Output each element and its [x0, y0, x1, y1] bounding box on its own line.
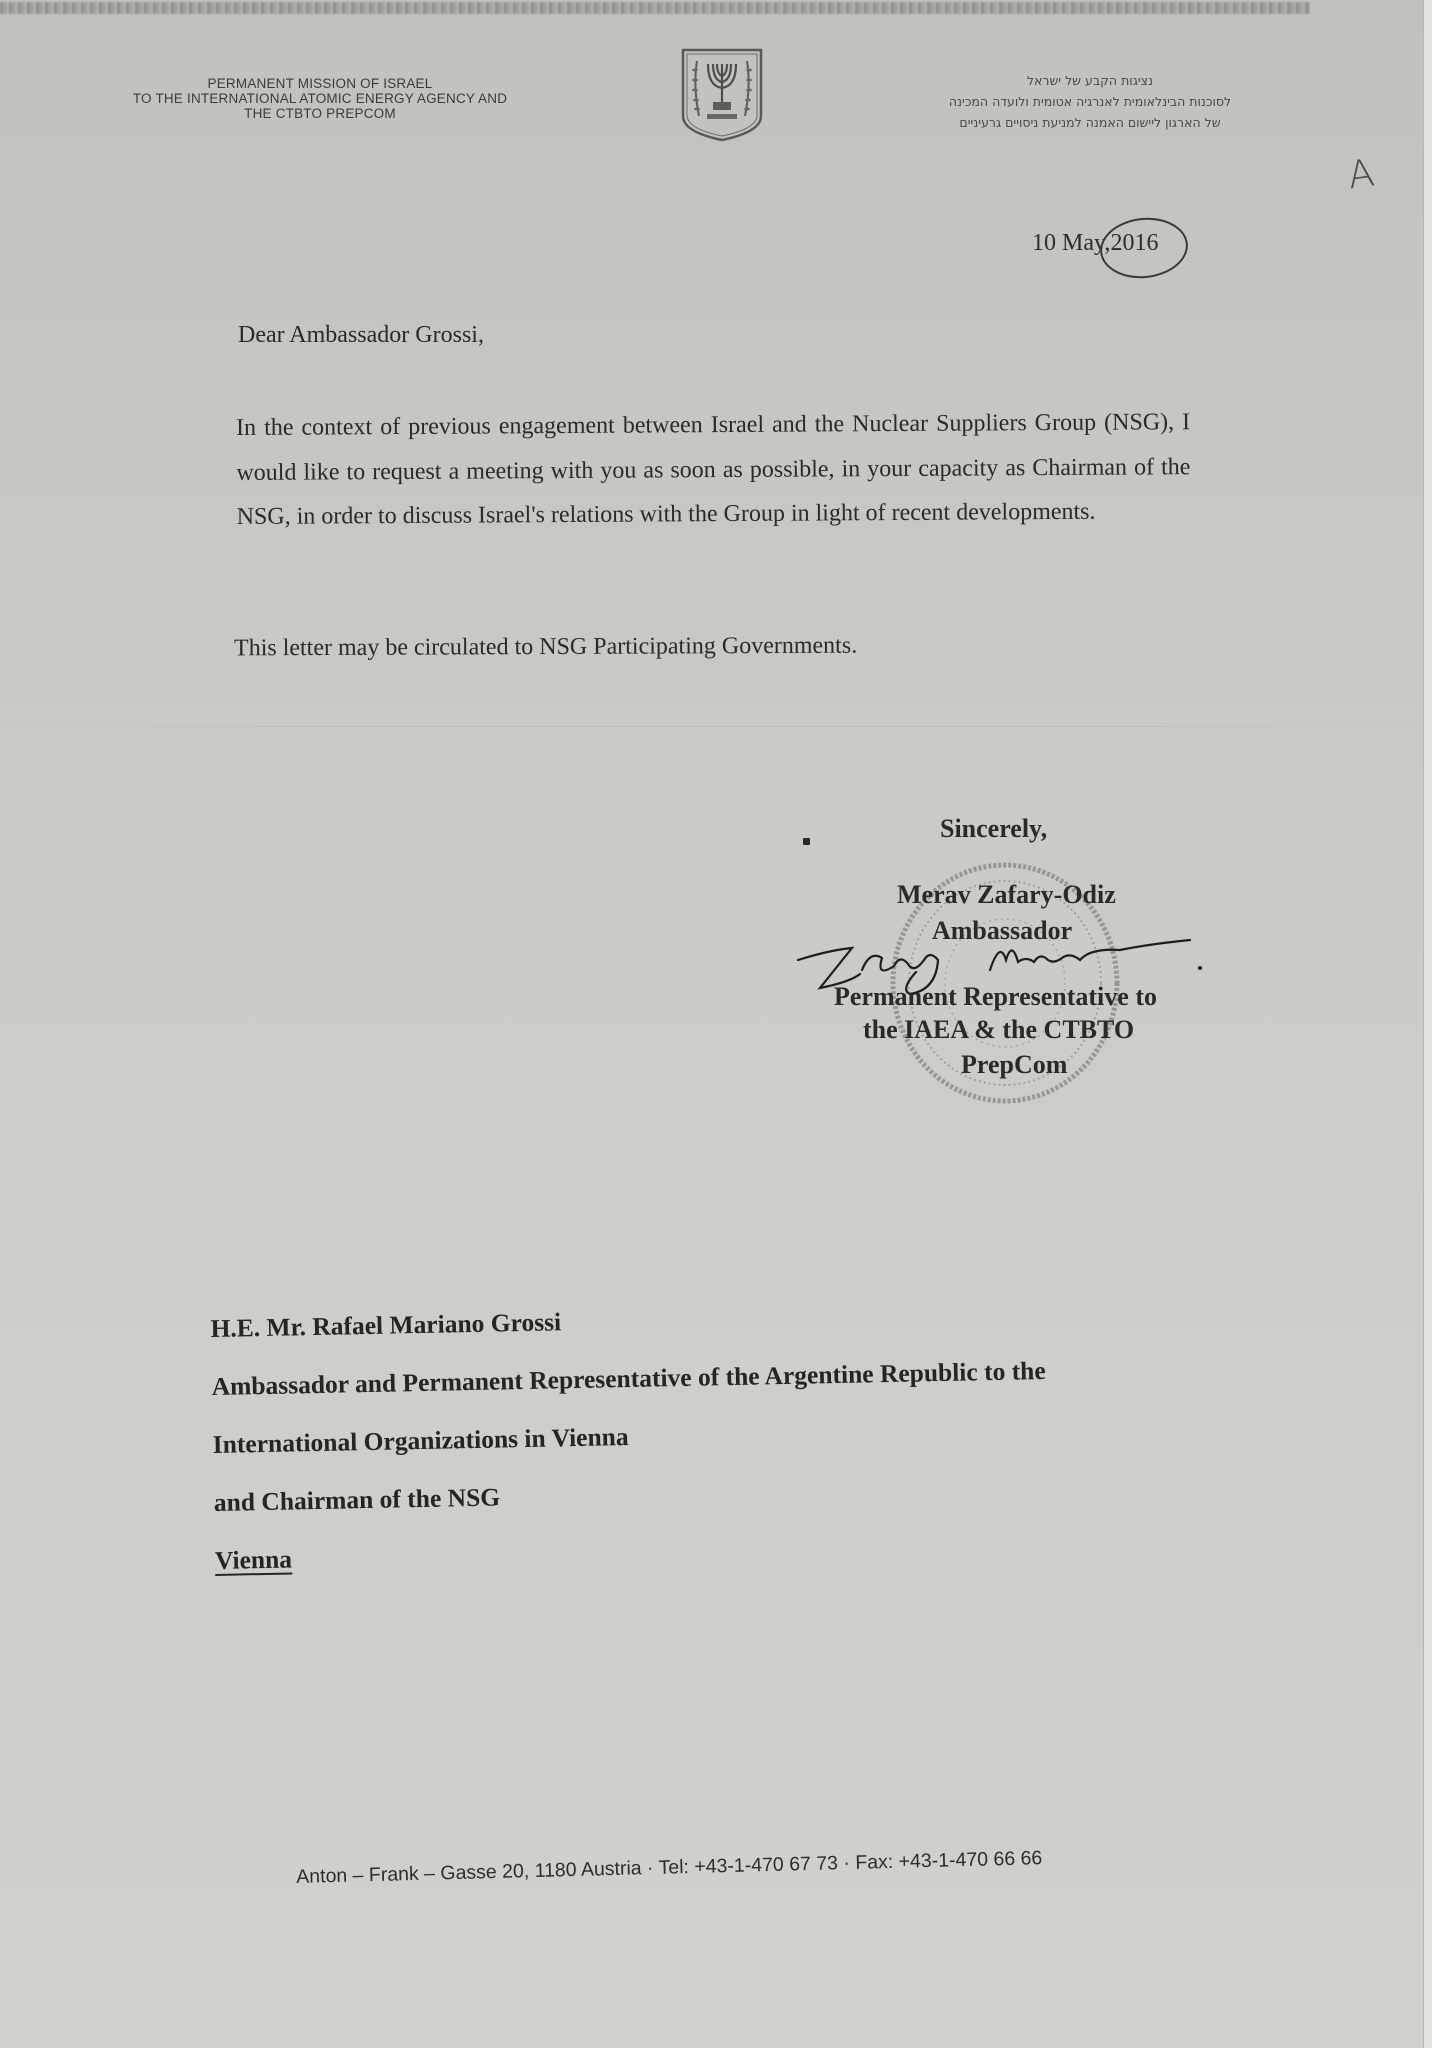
letterhead-hebrew-line-2: לסוכנות הבינלאומית לאנרגיה אטומית ולועדה… [885, 91, 1295, 112]
signatory-role-line-2: the IAEA & the CTBTO [863, 1015, 1134, 1045]
letterhead-english-line-3: THE CTBTO PREPCOM [90, 106, 550, 121]
addressee-city: Vienna [215, 1544, 293, 1574]
salutation: Dear Ambassador Grossi, [238, 322, 484, 349]
letterhead-hebrew-line-3: של הארגון ליישום האמנה למניעת ניסויים גר… [885, 112, 1295, 133]
letterhead-hebrew: נציגות הקבע של ישראל לסוכנות הבינלאומית … [885, 70, 1295, 133]
letterhead-english-line-2: TO THE INTERNATIONAL ATOMIC ENERGY AGENC… [90, 91, 550, 106]
paper-edge [1423, 0, 1432, 2048]
signature-closing: Sincerely, [940, 814, 1047, 844]
letterhead-english-line-1: PERMANENT MISSION OF ISRAEL [90, 76, 550, 91]
signatory-role-line-1: Permanent Representative to [834, 982, 1157, 1012]
footer-separator-1: · [641, 1857, 659, 1879]
handwritten-margin-mark: A [1345, 150, 1377, 197]
footer-separator-2: · [838, 1852, 856, 1874]
ink-dot [803, 838, 810, 845]
footer-address: Anton – Frank – Gasse 20, 1180 Austria [296, 1857, 642, 1888]
addressee-block: H.E. Mr. Rafael Mariano Grossi Ambassado… [210, 1281, 1215, 1590]
footer-tel: Tel: +43-1-470 67 73 [658, 1852, 838, 1879]
signatory-role-line-3: PrepCom [961, 1050, 1067, 1080]
body-paragraph-2: This letter may be circulated to NSG Par… [234, 633, 857, 663]
letter-date: 10 May,2016 [1032, 230, 1158, 257]
scan-smudge [0, 2, 1310, 14]
letterhead-english: PERMANENT MISSION OF ISRAEL TO THE INTER… [90, 76, 550, 121]
signatory-name: Merav Zafary-Odiz [897, 880, 1116, 910]
footer-fax: Fax: +43-1-470 66 66 [855, 1847, 1043, 1874]
letter-page: PERMANENT MISSION OF ISRAEL TO THE INTER… [0, 0, 1432, 2048]
footer-contact: Anton – Frank – Gasse 20, 1180 Austria ·… [296, 1847, 1043, 1889]
fold-line [0, 726, 1420, 727]
letterhead-hebrew-line-1: נציגות הקבע של ישראל [885, 70, 1295, 91]
date-year-circled: 2016 [1110, 230, 1158, 257]
date-day-month: 10 May, [1032, 230, 1110, 256]
body-paragraph-1: In the context of previous engagement be… [236, 400, 1191, 539]
emblem-of-israel-menorah-icon [677, 46, 767, 144]
